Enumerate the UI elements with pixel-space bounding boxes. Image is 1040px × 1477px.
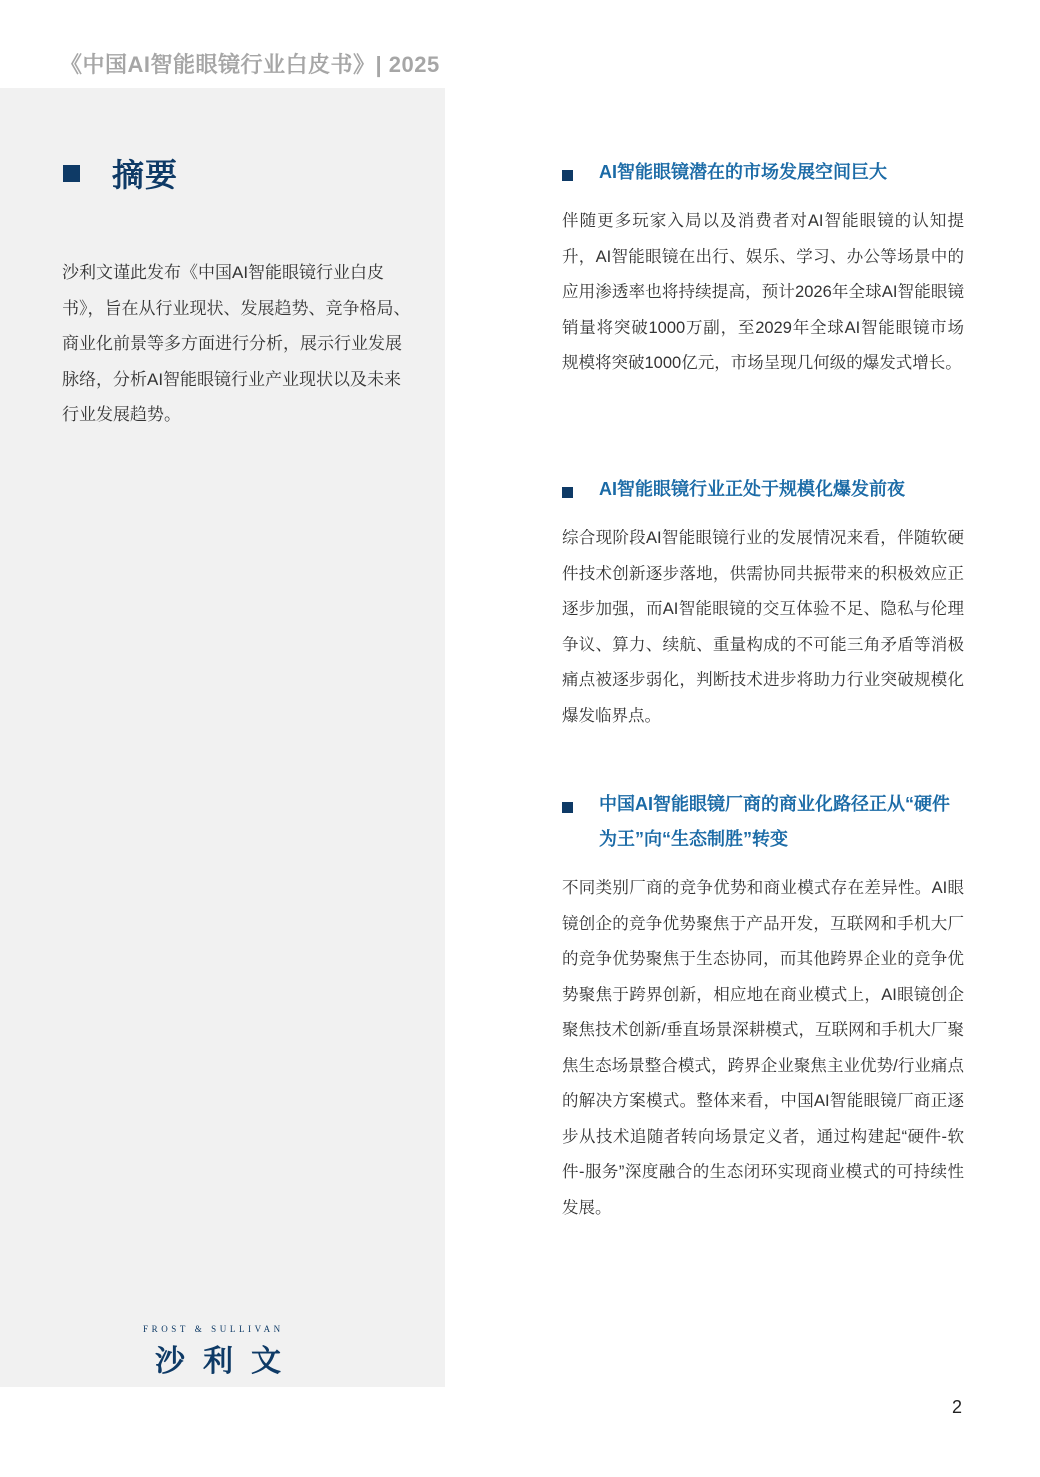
- square-bullet-icon: [562, 170, 573, 181]
- section-heading: AI智能眼镜潜在的市场发展空间巨大: [562, 163, 964, 190]
- document-header-title: 《中国AI智能眼镜行业白皮书》| 2025: [60, 48, 440, 79]
- section-heading: AI智能眼镜行业正处于规模化爆发前夜: [562, 480, 964, 507]
- section-title: AI智能眼镜行业正处于规模化爆发前夜: [599, 472, 905, 507]
- summary-heading: 摘要: [63, 150, 178, 196]
- square-bullet-icon: [562, 802, 573, 813]
- summary-title: 摘要: [112, 150, 178, 196]
- section-commercialization-path: 中国AI智能眼镜厂商的商业化路径正从“硬件为王”向“生态制胜”转变 不同类别厂商…: [562, 795, 964, 1226]
- logo-english-text: FROST & SULLIVAN: [143, 1324, 308, 1334]
- section-heading: 中国AI智能眼镜厂商的商业化路径正从“硬件为王”向“生态制胜”转变: [562, 795, 964, 857]
- frost-sullivan-logo: FROST & SULLIVAN 沙利文: [143, 1324, 308, 1380]
- section-paragraph: 综合现阶段AI智能眼镜行业的发展情况来看，伴随软硬件技术创新逐步落地，供需协同共…: [562, 521, 964, 734]
- logo-chinese-text: 沙利文: [143, 1336, 308, 1380]
- section-title: 中国AI智能眼镜厂商的商业化路径正从“硬件为王”向“生态制胜”转变: [599, 787, 964, 857]
- section-paragraph: 伴随更多玩家入局以及消费者对AI智能眼镜的认知提升，AI智能眼镜在出行、娱乐、学…: [562, 204, 964, 382]
- summary-paragraph: 沙利文谨此发布《中国AI智能眼镜行业白皮书》，旨在从行业现状、发展趋势、竞争格局…: [62, 255, 412, 433]
- section-title: AI智能眼镜潜在的市场发展空间巨大: [599, 155, 887, 190]
- section-paragraph: 不同类别厂商的竞争优势和商业模式存在差异性。AI眼镜创企的竞争优势聚焦于产品开发…: [562, 871, 964, 1226]
- section-scale-eve: AI智能眼镜行业正处于规模化爆发前夜 综合现阶段AI智能眼镜行业的发展情况来看，…: [562, 480, 964, 734]
- page-number: 2: [952, 1397, 962, 1418]
- section-market-potential: AI智能眼镜潜在的市场发展空间巨大 伴随更多玩家入局以及消费者对AI智能眼镜的认…: [562, 163, 964, 382]
- square-bullet-icon: [63, 165, 80, 182]
- square-bullet-icon: [562, 487, 573, 498]
